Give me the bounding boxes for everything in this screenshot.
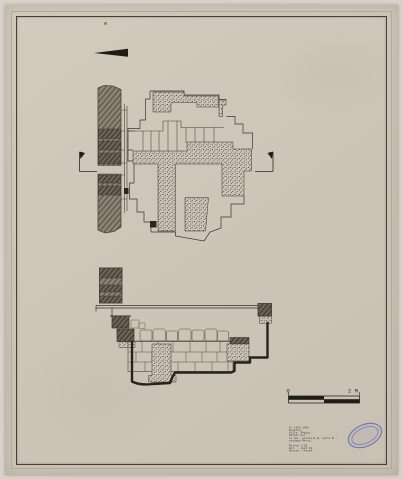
north-arrow-icon [94, 49, 128, 57]
title-line: Dessin: relevé [289, 449, 313, 453]
section-marker-right-icon [255, 152, 273, 172]
scale-max-label: 2 M [348, 388, 358, 395]
scale-bar: 0 2 M [287, 388, 360, 404]
upper-plan-figure [97, 86, 253, 242]
scale-zero-label: 0 [287, 388, 290, 395]
archive-stamp: · · · · · · · · · · · · · · · · [345, 419, 386, 453]
line-art: 0 2 M N° 1263 1969 Fouille, Ville, Régio… [0, 0, 403, 479]
scanned-drawing-sheet: 0 2 M N° 1263 1969 Fouille, Ville, Régio… [0, 0, 403, 479]
lower-section-figure [96, 268, 272, 384]
plan-stipple-masonry [133, 92, 252, 231]
title-block: N° 1263 1969 Fouille, Ville, Région Déta… [289, 425, 337, 452]
section-marker-left-icon [80, 152, 98, 172]
title-line: sondage Mérid. [289, 438, 312, 442]
